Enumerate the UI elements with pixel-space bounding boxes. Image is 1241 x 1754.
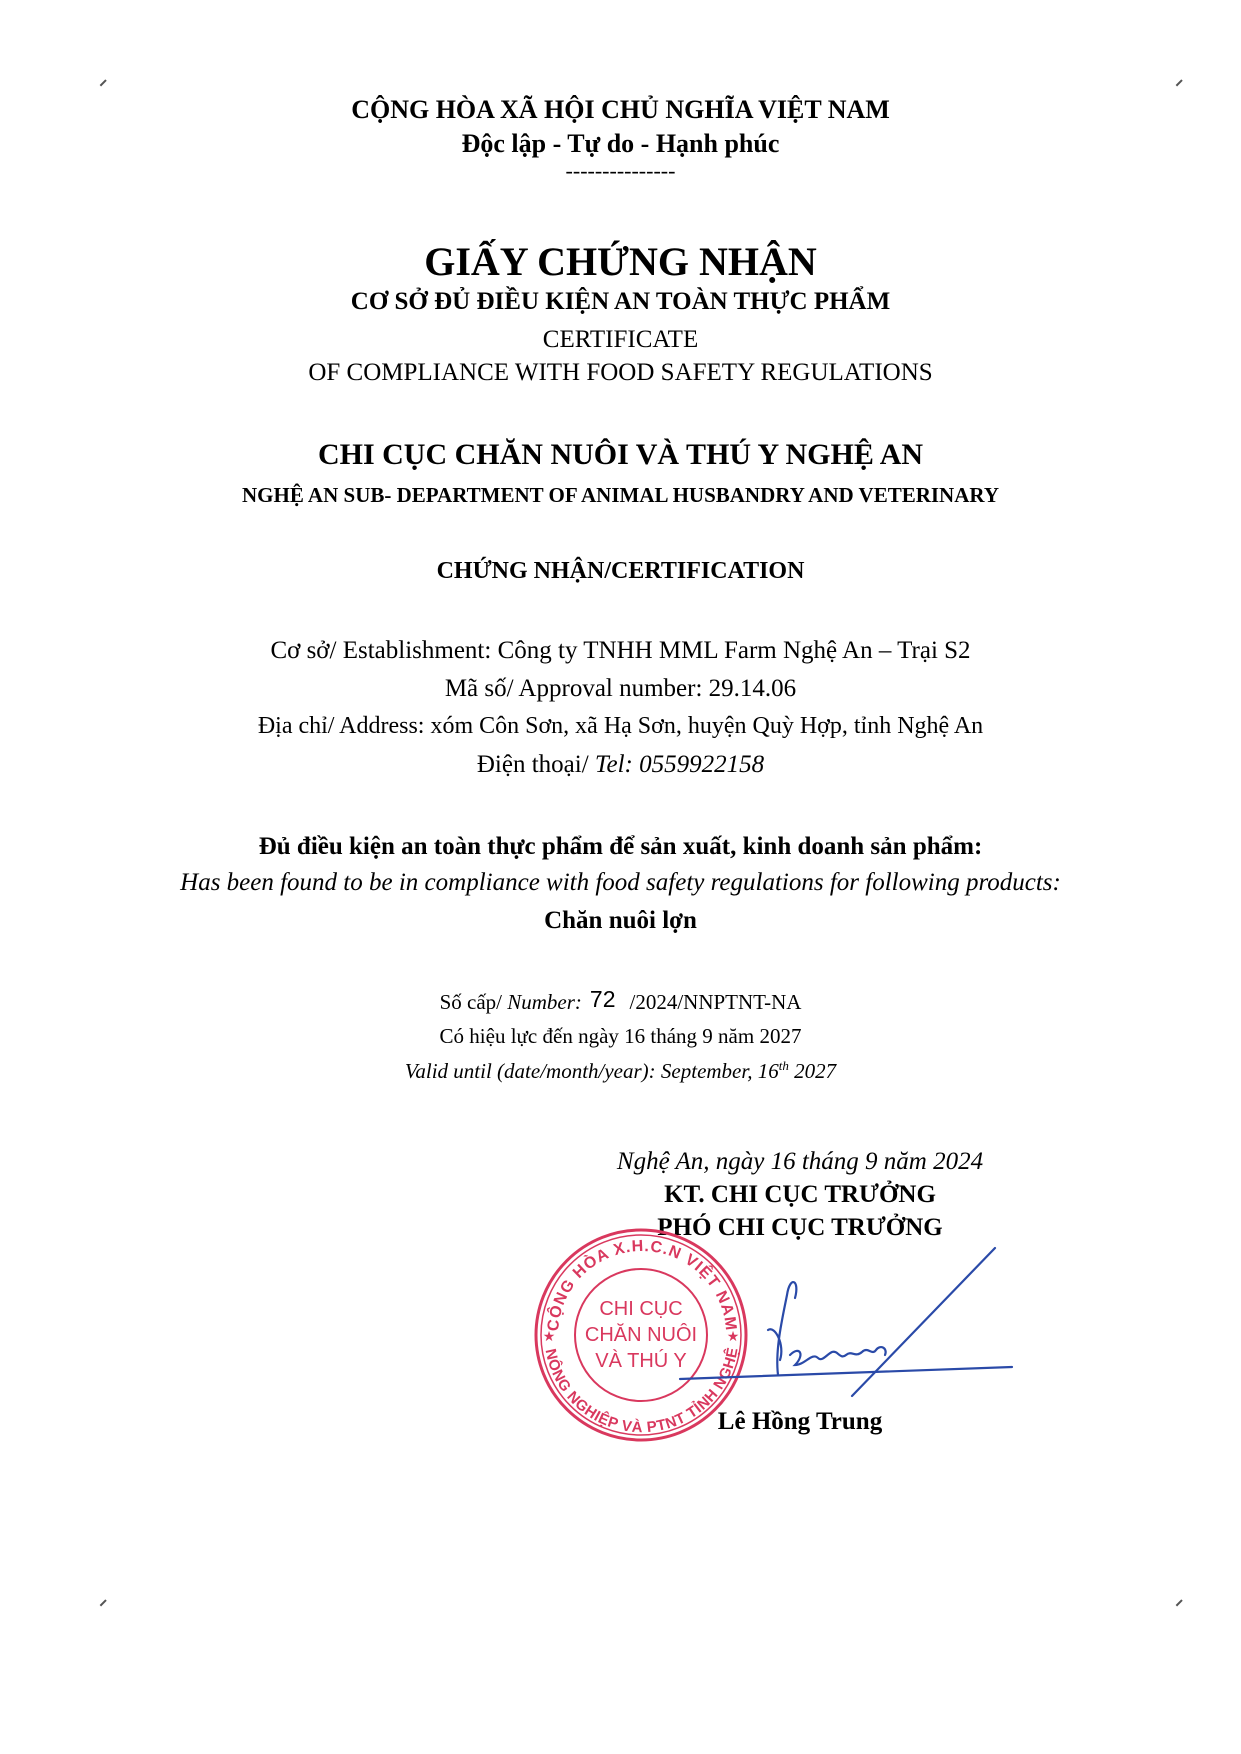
address-label: Địa chỉ/ Address:	[258, 713, 431, 739]
number-label-vi: Số cấp/	[440, 990, 508, 1014]
stamp-star-left-icon: ★	[543, 1330, 556, 1345]
country-name: CỘNG HÒA XÃ HỘI CHỦ NGHĨA VIỆT NAM	[0, 95, 1241, 125]
signer-name: Lê Hồng Trung	[560, 1408, 1040, 1436]
authority-name-en: NGHỆ AN SUB- DEPARTMENT OF ANIMAL HUSBAN…	[0, 483, 1241, 508]
approval-label: Mã số/ Approval number:	[445, 675, 709, 702]
phone-row: Điện thoại/ Tel: 0559922158	[0, 751, 1241, 779]
compliance-statement-en: Has been found to be in compliance with …	[0, 869, 1241, 897]
certificate-title-en-1: CERTIFICATE	[0, 326, 1241, 354]
certification-heading: CHỨNG NHẬN/CERTIFICATION	[0, 558, 1241, 585]
handwritten-signature	[680, 1248, 1012, 1396]
signature-title-1: KT. CHI CỤC TRƯỞNG	[560, 1181, 1040, 1209]
address-value: xóm Côn Sơn, xã Hạ Sơn, huyện Quỳ Hợp, t…	[430, 713, 983, 739]
signature-place-date: Nghệ An, ngày 16 tháng 9 năm 2024	[560, 1148, 1040, 1176]
stamp-center-line-3: VÀ THÚ Y	[595, 1349, 687, 1372]
validity-en-prefix: Valid until (date/month/year): September…	[405, 1059, 779, 1083]
establishment-label: Cơ sở/ Establishment:	[270, 637, 497, 664]
header-divider: ---------------	[0, 158, 1241, 184]
address-row: Địa chỉ/ Address: xóm Côn Sơn, xã Hạ Sơn…	[0, 713, 1241, 740]
certificate-title: GIẤY CHỨNG NHẬN	[0, 238, 1241, 285]
validity-vi: Có hiệu lực đến ngày 16 tháng 9 năm 2027	[0, 1024, 1241, 1049]
establishment-row: Cơ sở/ Establishment: Công ty TNHH MML F…	[0, 637, 1241, 665]
certificate-number-row: Số cấp/ Number:72/2024/NNPTNT-NA	[0, 988, 1241, 1015]
phone-value: Tel: 0559922158	[595, 751, 764, 778]
corner-mark-top-right	[1174, 76, 1184, 86]
validity-en-suffix: 2027	[789, 1059, 836, 1083]
validity-en: Valid until (date/month/year): September…	[0, 1058, 1241, 1084]
certificate-subtitle: CƠ SỞ ĐỦ ĐIỀU KIỆN AN TOÀN THỰC PHẨM	[0, 288, 1241, 316]
establishment-value: Công ty TNHH MML Farm Nghệ An – Trại S2	[498, 637, 971, 664]
approval-value: 29.14.06	[709, 675, 797, 702]
authority-name-vi: CHI CỤC CHĂN NUÔI VÀ THÚ Y NGHỆ AN	[0, 438, 1241, 472]
stamp-center-line-1: CHI CỤC	[599, 1298, 682, 1320]
number-suffix: /2024/NNPTNT-NA	[630, 990, 802, 1014]
stamp-center-line-2: CHĂN NUÔI	[585, 1323, 697, 1346]
compliance-statement-vi: Đủ điều kiện an toàn thực phẩm để sản xu…	[0, 833, 1241, 861]
approval-row: Mã số/ Approval number: 29.14.06	[0, 675, 1241, 703]
validity-en-sup: th	[779, 1058, 789, 1073]
phone-label: Điện thoại/	[477, 751, 595, 778]
svg-text:CỘNG HÒA X.H.C.N VIỆT NAM: CỘNG HÒA X.H.C.N VIỆT NAM	[545, 1238, 739, 1332]
certificate-number: 72	[582, 986, 630, 1012]
corner-mark-top-left	[98, 76, 108, 86]
corner-mark-bottom-left	[98, 1596, 108, 1606]
corner-mark-bottom-right	[1174, 1596, 1184, 1606]
national-motto: Độc lập - Tự do - Hạnh phúc	[0, 129, 1241, 159]
product-name: Chăn nuôi lợn	[0, 907, 1241, 935]
signature-title-2: PHÓ CHI CỤC TRƯỞNG	[560, 1214, 1040, 1242]
number-label-en: Number:	[507, 990, 582, 1014]
certificate-title-en-2: OF COMPLIANCE WITH FOOD SAFETY REGULATIO…	[0, 359, 1241, 387]
stamp-star-right-icon: ★	[727, 1330, 740, 1345]
